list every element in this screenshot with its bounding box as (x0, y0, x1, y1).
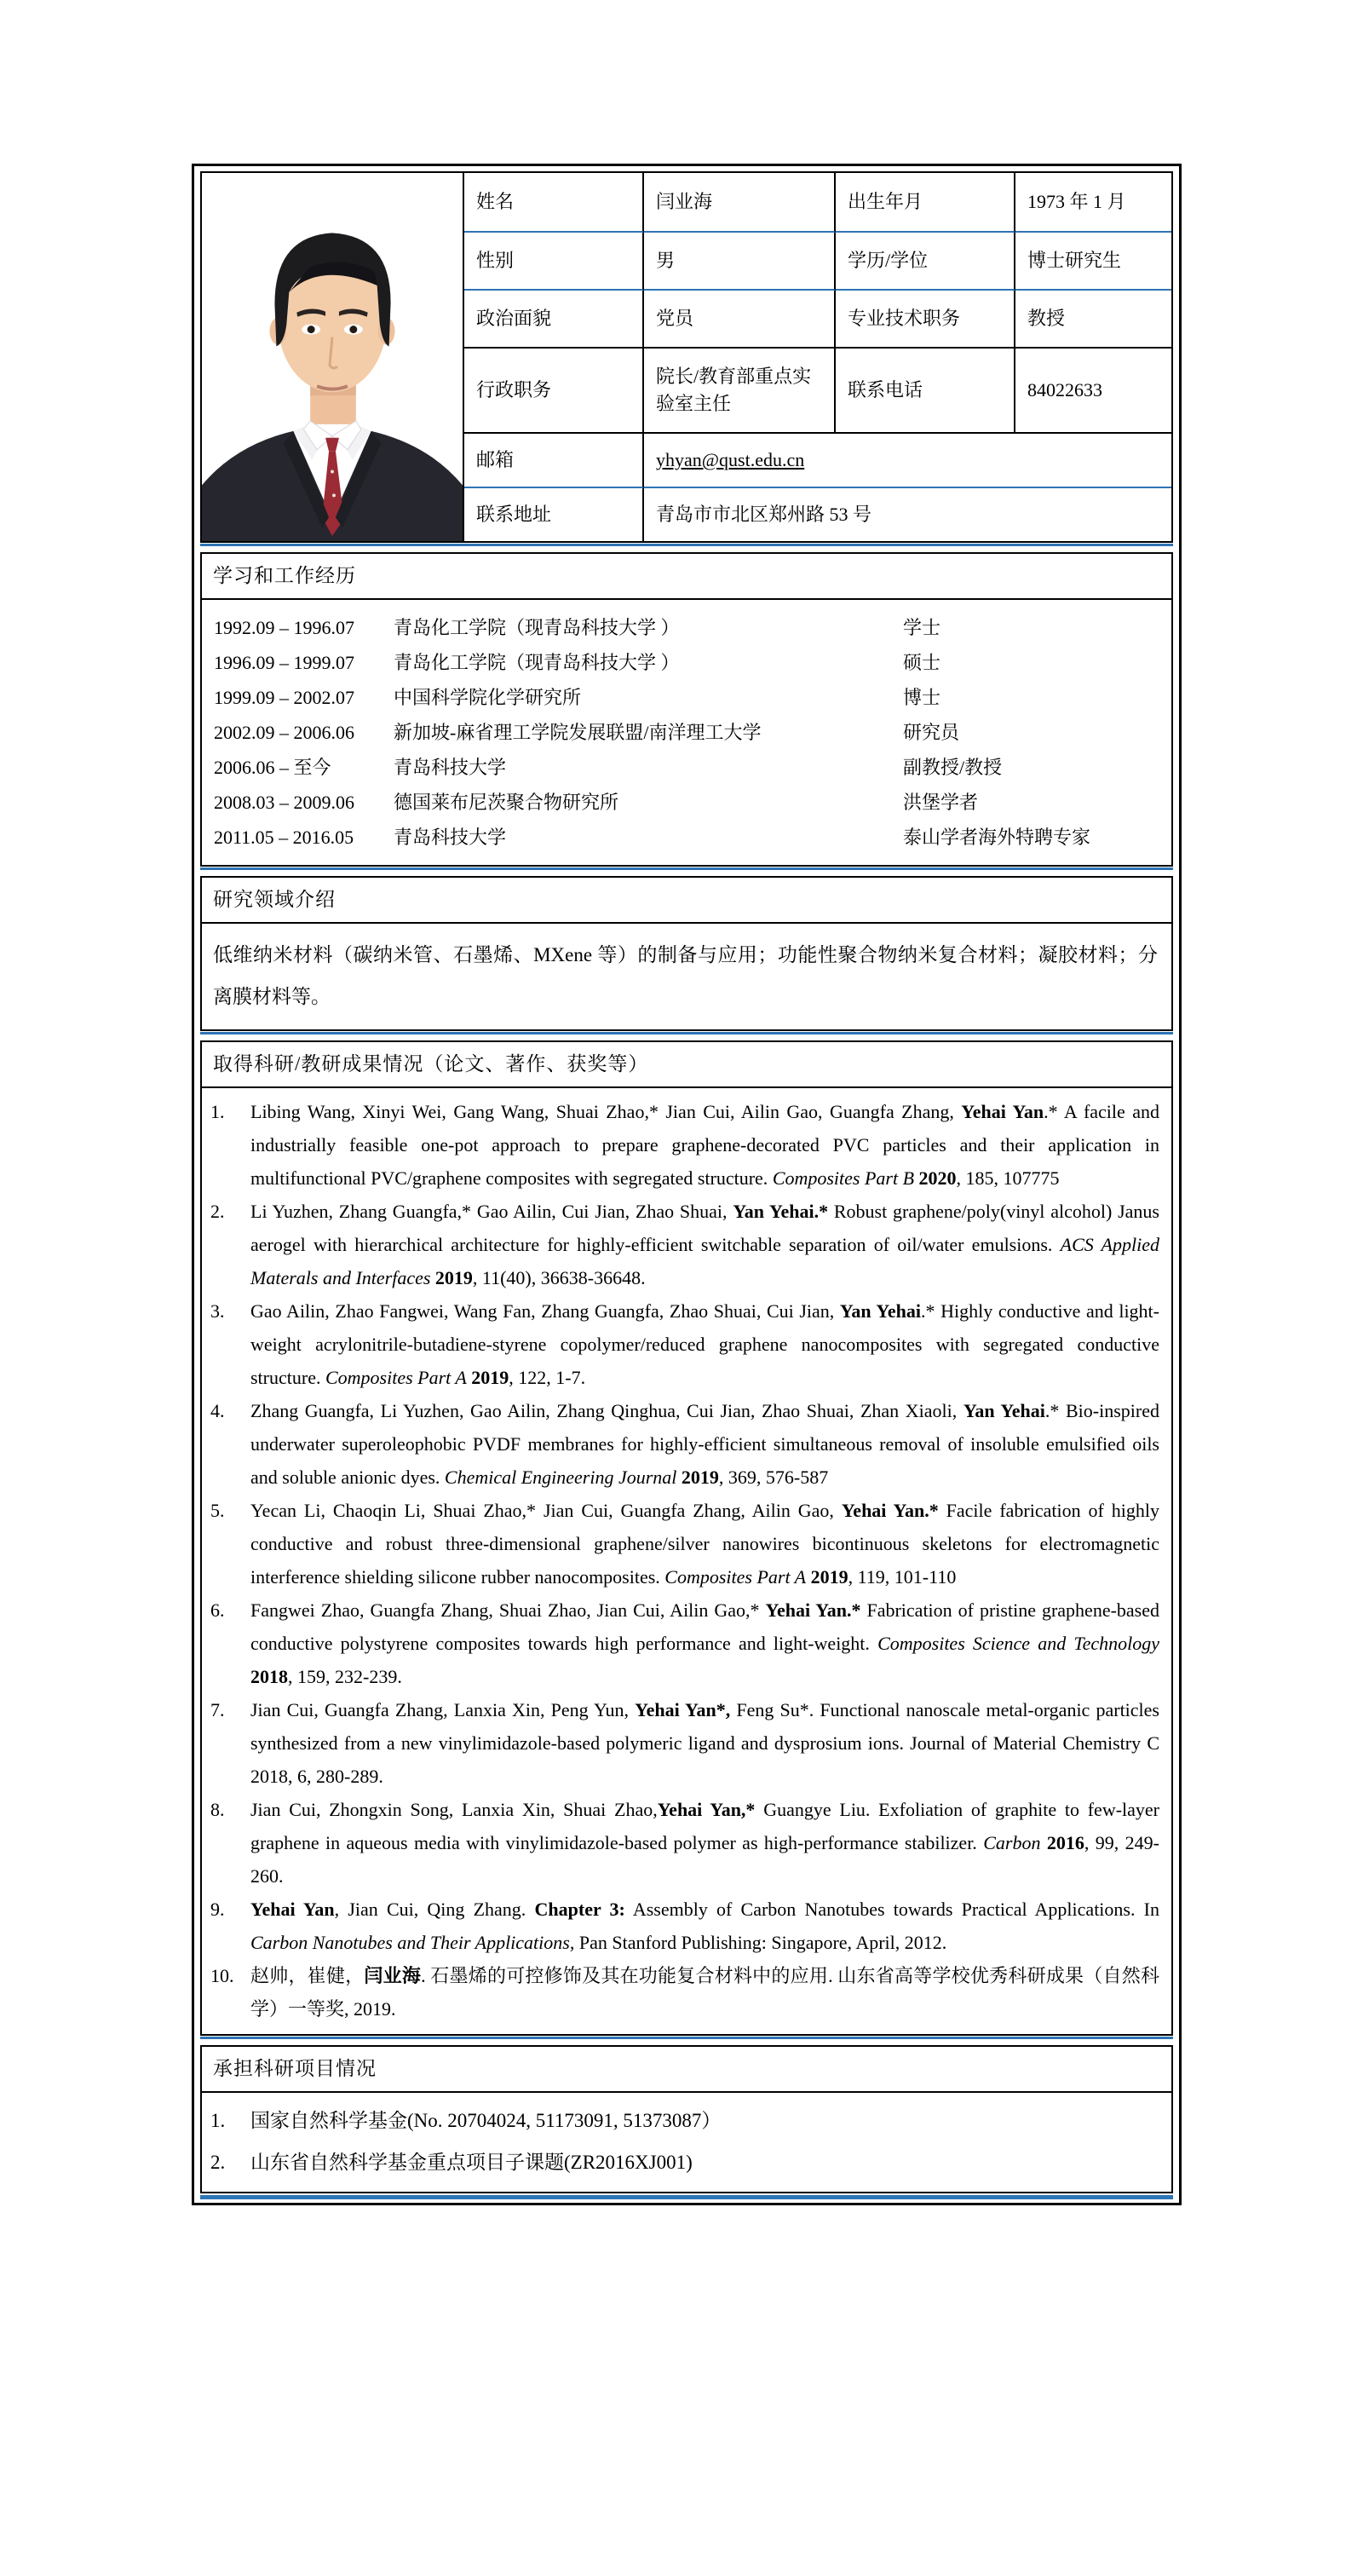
experience-institution: 青岛科技大学 (394, 820, 903, 855)
publication-item: 7.Jian Cui, Guangfa Zhang, Lanxia Xin, P… (202, 1693, 1171, 1793)
experience-role: 博士 (903, 680, 940, 715)
publication-number: 7. (210, 1693, 225, 1726)
publication-segment: 闫业海 (364, 1965, 421, 1986)
experience-list: 1992.09 – 1996.07青岛化工学院（现青岛科技大学 ）学士1996.… (202, 600, 1171, 865)
publication-segment: 2019 (811, 1566, 848, 1588)
publication-number: 9. (210, 1893, 225, 1926)
professional-title-label: 专业技术职务 (836, 291, 1015, 349)
projects-section: 承担科研项目情况 1.国家自然科学基金(No. 20704024, 511730… (200, 2045, 1173, 2193)
publication-number: 4. (210, 1394, 225, 1427)
achievements-section: 取得科研/教研成果情况（论文、著作、获奖等） 1.Libing Wang, Xi… (200, 1040, 1173, 2036)
experience-row: 2011.05 – 2016.05青岛科技大学泰山学者海外特聘专家 (202, 820, 1163, 855)
email-cell: yhyan@qust.edu.cn (644, 434, 1171, 488)
birth-value: 1973 年 1 月 (1015, 173, 1171, 233)
experience-role: 硕士 (903, 645, 940, 680)
faculty-profile-page: { "profile": { "name_label": "姓名", "name… (0, 0, 1346, 2576)
project-text: 山东省自然科学基金重点项目子课题(ZR2016XJ001) (250, 2152, 693, 2173)
section-divider-rule (200, 2037, 1173, 2039)
experience-row: 2006.06 – 至今青岛科技大学副教授/教授 (202, 750, 1163, 785)
publication-segment: Yecan Li, Chaoqin Li, Shuai Zhao,* Jian … (250, 1500, 842, 1521)
publication-segment: , 122, 1-7. (509, 1367, 585, 1388)
bottom-rule (200, 2195, 1173, 2199)
publication-segment: Yehai Yan (250, 1899, 335, 1920)
experience-period: 2006.06 – 至今 (202, 750, 394, 785)
publication-item: 3.Gao Ailin, Zhao Fangwei, Wang Fan, Zha… (202, 1294, 1171, 1394)
publication-segment: Chapter 3: (535, 1899, 625, 1920)
projects-section-title: 承担科研项目情况 (202, 2047, 1171, 2093)
experience-row: 1996.09 – 1999.07青岛化工学院（现青岛科技大学 ）硕士 (202, 645, 1163, 680)
experience-period: 1992.09 – 1996.07 (202, 610, 394, 645)
publication-segment: , 185, 107775 (957, 1167, 1060, 1189)
address-value: 青岛市市北区郑州路 53 号 (644, 488, 1171, 541)
phone-label: 联系电话 (836, 349, 1015, 434)
experience-role: 副教授/教授 (903, 750, 1002, 785)
publication-number: 10. (210, 1959, 234, 1992)
publication-segment: Libing Wang, Xinyi Wei, Gang Wang, Shuai… (250, 1101, 961, 1122)
experience-institution: 中国科学院化学研究所 (394, 680, 903, 715)
publication-segment: , Jian Cui, Qing Zhang. (335, 1899, 535, 1920)
admin-post-label: 行政职务 (464, 349, 644, 434)
publication-item: 9.Yehai Yan, Jian Cui, Qing Zhang. Chapt… (202, 1893, 1171, 1959)
publication-segment: Jian Cui, Guangfa Zhang, Lanxia Xin, Pen… (250, 1699, 635, 1720)
publication-item: 10.赵帅，崔健，闫业海. 石墨烯的可控修饰及其在功能复合材料中的应用. 山东省… (202, 1959, 1171, 2026)
project-item: 2.山东省自然科学基金重点项目子课题(ZR2016XJ001) (202, 2141, 1171, 2183)
publication-segment: Yan Yehai (840, 1300, 921, 1322)
email-label: 邮箱 (464, 434, 644, 488)
research-intro-text: 低维纳米材料（碳纳米管、石墨烯、MXene 等）的制备与应用；功能性聚合物纳米复… (202, 924, 1171, 1029)
publication-item: 2.Li Yuzhen, Zhang Guangfa,* Gao Ailin, … (202, 1195, 1171, 1294)
publication-segment: Pan Stanford Publishing: Singapore, Apri… (574, 1932, 946, 1953)
publication-number: 2. (210, 1195, 225, 1228)
publication-segment: Yehai Yan.* (842, 1500, 939, 1521)
name-value: 闫业海 (644, 173, 836, 233)
publication-number: 6. (210, 1593, 225, 1627)
research-section-title: 研究领域介绍 (202, 878, 1171, 924)
publication-item: 6.Fangwei Zhao, Guangfa Zhang, Shuai Zha… (202, 1593, 1171, 1693)
publication-segment: 2019 (471, 1367, 509, 1388)
experience-role: 学士 (903, 610, 940, 645)
publication-segment: Li Yuzhen, Zhang Guangfa,* Gao Ailin, Cu… (250, 1201, 733, 1222)
publication-segment: 2019 (682, 1467, 719, 1488)
experience-period: 1996.09 – 1999.07 (202, 645, 394, 680)
publication-number: 1. (210, 1095, 225, 1128)
experience-row: 1992.09 – 1996.07青岛化工学院（现青岛科技大学 ）学士 (202, 610, 1163, 645)
experience-institution: 青岛化工学院（现青岛科技大学 ） (394, 645, 903, 680)
project-number: 1. (210, 2100, 225, 2141)
experience-period: 2008.03 – 2009.06 (202, 785, 394, 820)
gender-value: 男 (644, 233, 836, 291)
publication-segment: Yan Yehai (963, 1400, 1045, 1421)
publication-segment: Gao Ailin, Zhao Fangwei, Wang Fan, Zhang… (250, 1300, 840, 1322)
experience-section: 学习和工作经历 1992.09 – 1996.07青岛化工学院（现青岛科技大学 … (200, 552, 1173, 867)
experience-institution: 新加坡-麻省理工学院发展联盟/南洋理工大学 (394, 715, 903, 750)
name-label: 姓名 (464, 173, 644, 233)
publication-segment: , 119, 101-110 (848, 1566, 957, 1588)
publication-list: 1.Libing Wang, Xinyi Wei, Gang Wang, Shu… (202, 1088, 1171, 2034)
experience-row: 2008.03 – 2009.06德国莱布尼茨聚合物研究所洪堡学者 (202, 785, 1163, 820)
political-status-value: 党员 (644, 291, 836, 349)
publication-segment: Jian Cui, Zhongxin Song, Lanxia Xin, Shu… (250, 1799, 658, 1820)
project-number: 2. (210, 2141, 225, 2183)
publication-segment: Assembly of Carbon Nanotubes towards Pra… (625, 1899, 1159, 1920)
publication-segment: , 369, 576-587 (719, 1467, 828, 1488)
publication-number: 3. (210, 1294, 225, 1328)
section-divider-rule (200, 867, 1173, 870)
education-label: 学历/学位 (836, 233, 1015, 291)
publication-segment: Composites Science and Technology (877, 1633, 1159, 1654)
experience-role: 洪堡学者 (903, 785, 978, 820)
publication-segment: , 159, 232-239. (288, 1666, 402, 1687)
admin-post-value: 院长/教育部重点实验室主任 (644, 349, 836, 434)
portrait-photo (202, 173, 464, 541)
publication-item: 1.Libing Wang, Xinyi Wei, Gang Wang, Shu… (202, 1095, 1171, 1195)
publication-segment: Composites Part B (773, 1167, 914, 1189)
experience-institution: 德国莱布尼茨聚合物研究所 (394, 785, 903, 820)
experience-role: 研究员 (903, 715, 959, 750)
research-section: 研究领域介绍 低维纳米材料（碳纳米管、石墨烯、MXene 等）的制备与应用；功能… (200, 876, 1173, 1031)
publication-segment: 赵帅，崔健， (250, 1965, 364, 1986)
achievements-section-title: 取得科研/教研成果情况（论文、著作、获奖等） (202, 1042, 1171, 1088)
publication-segment: Zhang Guangfa, Li Yuzhen, Gao Ailin, Zha… (250, 1400, 963, 1421)
address-label: 联系地址 (464, 488, 644, 541)
document-frame: 姓名 闫业海 出生年月 1973 年 1 月 性别 男 学历/学位 博士研究生 … (192, 164, 1182, 2205)
publication-segment: Composites Part A (325, 1367, 467, 1388)
publication-item: 5.Yecan Li, Chaoqin Li, Shuai Zhao,* Jia… (202, 1494, 1171, 1593)
publication-segment: , 11(40), 36638-36648. (473, 1267, 646, 1288)
section-divider-rule (200, 1032, 1173, 1034)
section-divider-rule (200, 544, 1173, 546)
publication-segment: 2016 (1047, 1832, 1084, 1853)
publication-segment: Composites Part A (664, 1566, 806, 1588)
publication-segment: Yehai Yan*, (635, 1699, 730, 1720)
publication-segment: Fangwei Zhao, Guangfa Zhang, Shuai Zhao,… (250, 1599, 766, 1621)
publication-segment: 2019 (435, 1267, 473, 1288)
experience-institution: 青岛化工学院（现青岛科技大学 ） (394, 610, 903, 645)
publication-segment: 2020 (919, 1167, 957, 1189)
publication-segment: Carbon Nanotubes and Their Applications, (250, 1932, 574, 1953)
publication-segment: Carbon (983, 1832, 1040, 1853)
publication-segment (1040, 1832, 1046, 1853)
publication-segment: Yehai Yan (961, 1101, 1044, 1122)
political-status-label: 政治面貌 (464, 291, 644, 349)
project-item: 1.国家自然科学基金(No. 20704024, 51173091, 51373… (202, 2100, 1171, 2141)
experience-row: 1999.09 – 2002.07中国科学院化学研究所博士 (202, 680, 1163, 715)
publication-number: 8. (210, 1793, 225, 1826)
email-link[interactable]: yhyan@qust.edu.cn (656, 447, 804, 474)
personal-info-table: 姓名 闫业海 出生年月 1973 年 1 月 性别 男 学历/学位 博士研究生 … (200, 171, 1173, 543)
publication-segment: Yehai Yan.* (766, 1599, 861, 1621)
publication-segment: Yan Yehai.* (733, 1201, 828, 1222)
project-list: 1.国家自然科学基金(No. 20704024, 51173091, 51373… (202, 2093, 1171, 2192)
publication-item: 8.Jian Cui, Zhongxin Song, Lanxia Xin, S… (202, 1793, 1171, 1893)
experience-role: 泰山学者海外特聘专家 (903, 820, 1090, 855)
publication-number: 5. (210, 1494, 225, 1527)
portrait-photo-drawing (202, 173, 463, 541)
experience-period: 2011.05 – 2016.05 (202, 820, 394, 855)
experience-institution: 青岛科技大学 (394, 750, 903, 785)
experience-row: 2002.09 – 2006.06新加坡-麻省理工学院发展联盟/南洋理工大学研究… (202, 715, 1163, 750)
experience-period: 1999.09 – 2002.07 (202, 680, 394, 715)
birth-label: 出生年月 (836, 173, 1015, 233)
experience-section-title: 学习和工作经历 (202, 554, 1171, 600)
publication-item: 4.Zhang Guangfa, Li Yuzhen, Gao Ailin, Z… (202, 1394, 1171, 1494)
experience-period: 2002.09 – 2006.06 (202, 715, 394, 750)
publication-segment: Yehai Yan,* (658, 1799, 756, 1820)
phone-value: 84022633 (1015, 349, 1171, 434)
education-value: 博士研究生 (1015, 233, 1171, 291)
gender-label: 性别 (464, 233, 644, 291)
professional-title-value: 教授 (1015, 291, 1171, 349)
publication-segment: Chemical Engineering Journal (445, 1467, 677, 1488)
project-text: 国家自然科学基金(No. 20704024, 51173091, 5137308… (250, 2110, 721, 2131)
publication-segment: 2018 (250, 1666, 288, 1687)
